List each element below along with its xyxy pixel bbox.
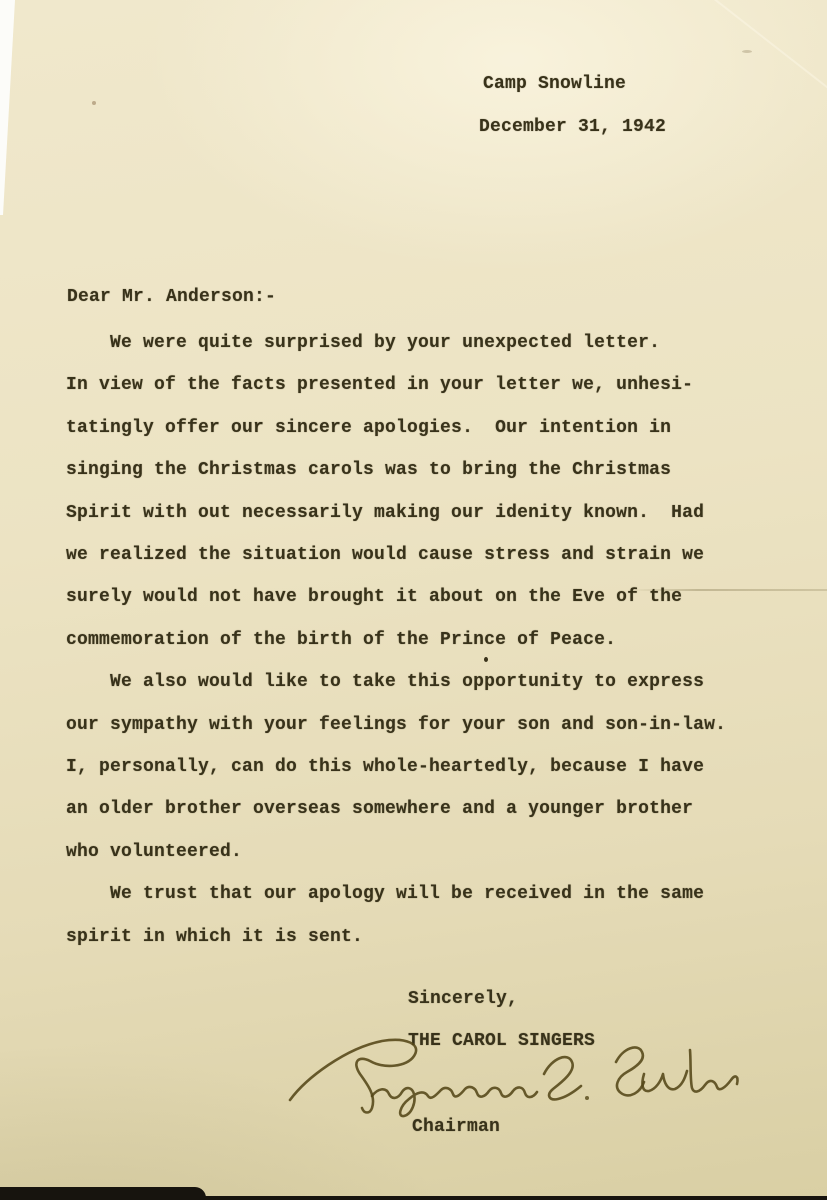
ink-speck [484, 657, 488, 662]
body-line: We trust that our apology will be receiv… [66, 873, 726, 915]
letter-body: We were quite surprised by your unexpect… [66, 322, 726, 958]
body-line: singing the Christmas carols was to brin… [66, 449, 726, 491]
paper-edge [0, 0, 20, 215]
signature-stroke-middle-initial [544, 1057, 581, 1099]
body-line: we realized the situation would cause st… [66, 534, 726, 576]
letter-place: Camp Snowline [483, 63, 626, 105]
body-line: We were quite surprised by your unexpect… [66, 322, 726, 364]
corner-crease [711, 0, 827, 90]
letter-scan: Camp Snowline December 31, 1942 Dear Mr.… [0, 0, 827, 1200]
signature-title: Chairman [412, 1106, 500, 1148]
body-line: tatingly offer our sincere apologies. Ou… [66, 407, 726, 449]
body-line: Spirit with out necessarily making our i… [66, 492, 726, 534]
letter-date: December 31, 1942 [479, 106, 666, 148]
body-line: our sympathy with your feelings for your… [66, 704, 726, 746]
body-line: spirit in which it is sent. [66, 916, 726, 958]
signature-stroke-g [616, 1047, 644, 1095]
signature-stroke-orden [642, 1050, 737, 1092]
body-line: commemoration of the birth of the Prince… [66, 619, 726, 661]
body-line: In view of the facts presented in your l… [66, 364, 726, 406]
salutation: Dear Mr. Anderson:- [67, 276, 276, 318]
closing-sincerely: Sincerely, [408, 989, 518, 1009]
body-line: surely would not have brought it about o… [66, 576, 726, 618]
body-line: I, personally, can do this whole-hearted… [66, 746, 726, 788]
ink-speck [92, 101, 96, 105]
ink-speck [742, 50, 752, 53]
body-line: an older brother overseas somewhere and … [66, 788, 726, 830]
signature-stroke-raymond [290, 1040, 416, 1113]
signature-handwriting [276, 1030, 754, 1122]
signature-period [585, 1096, 589, 1100]
body-line: We also would like to take this opportun… [66, 661, 726, 703]
body-line: who volunteered. [66, 831, 726, 873]
scan-bottom-shadow [0, 1187, 206, 1200]
